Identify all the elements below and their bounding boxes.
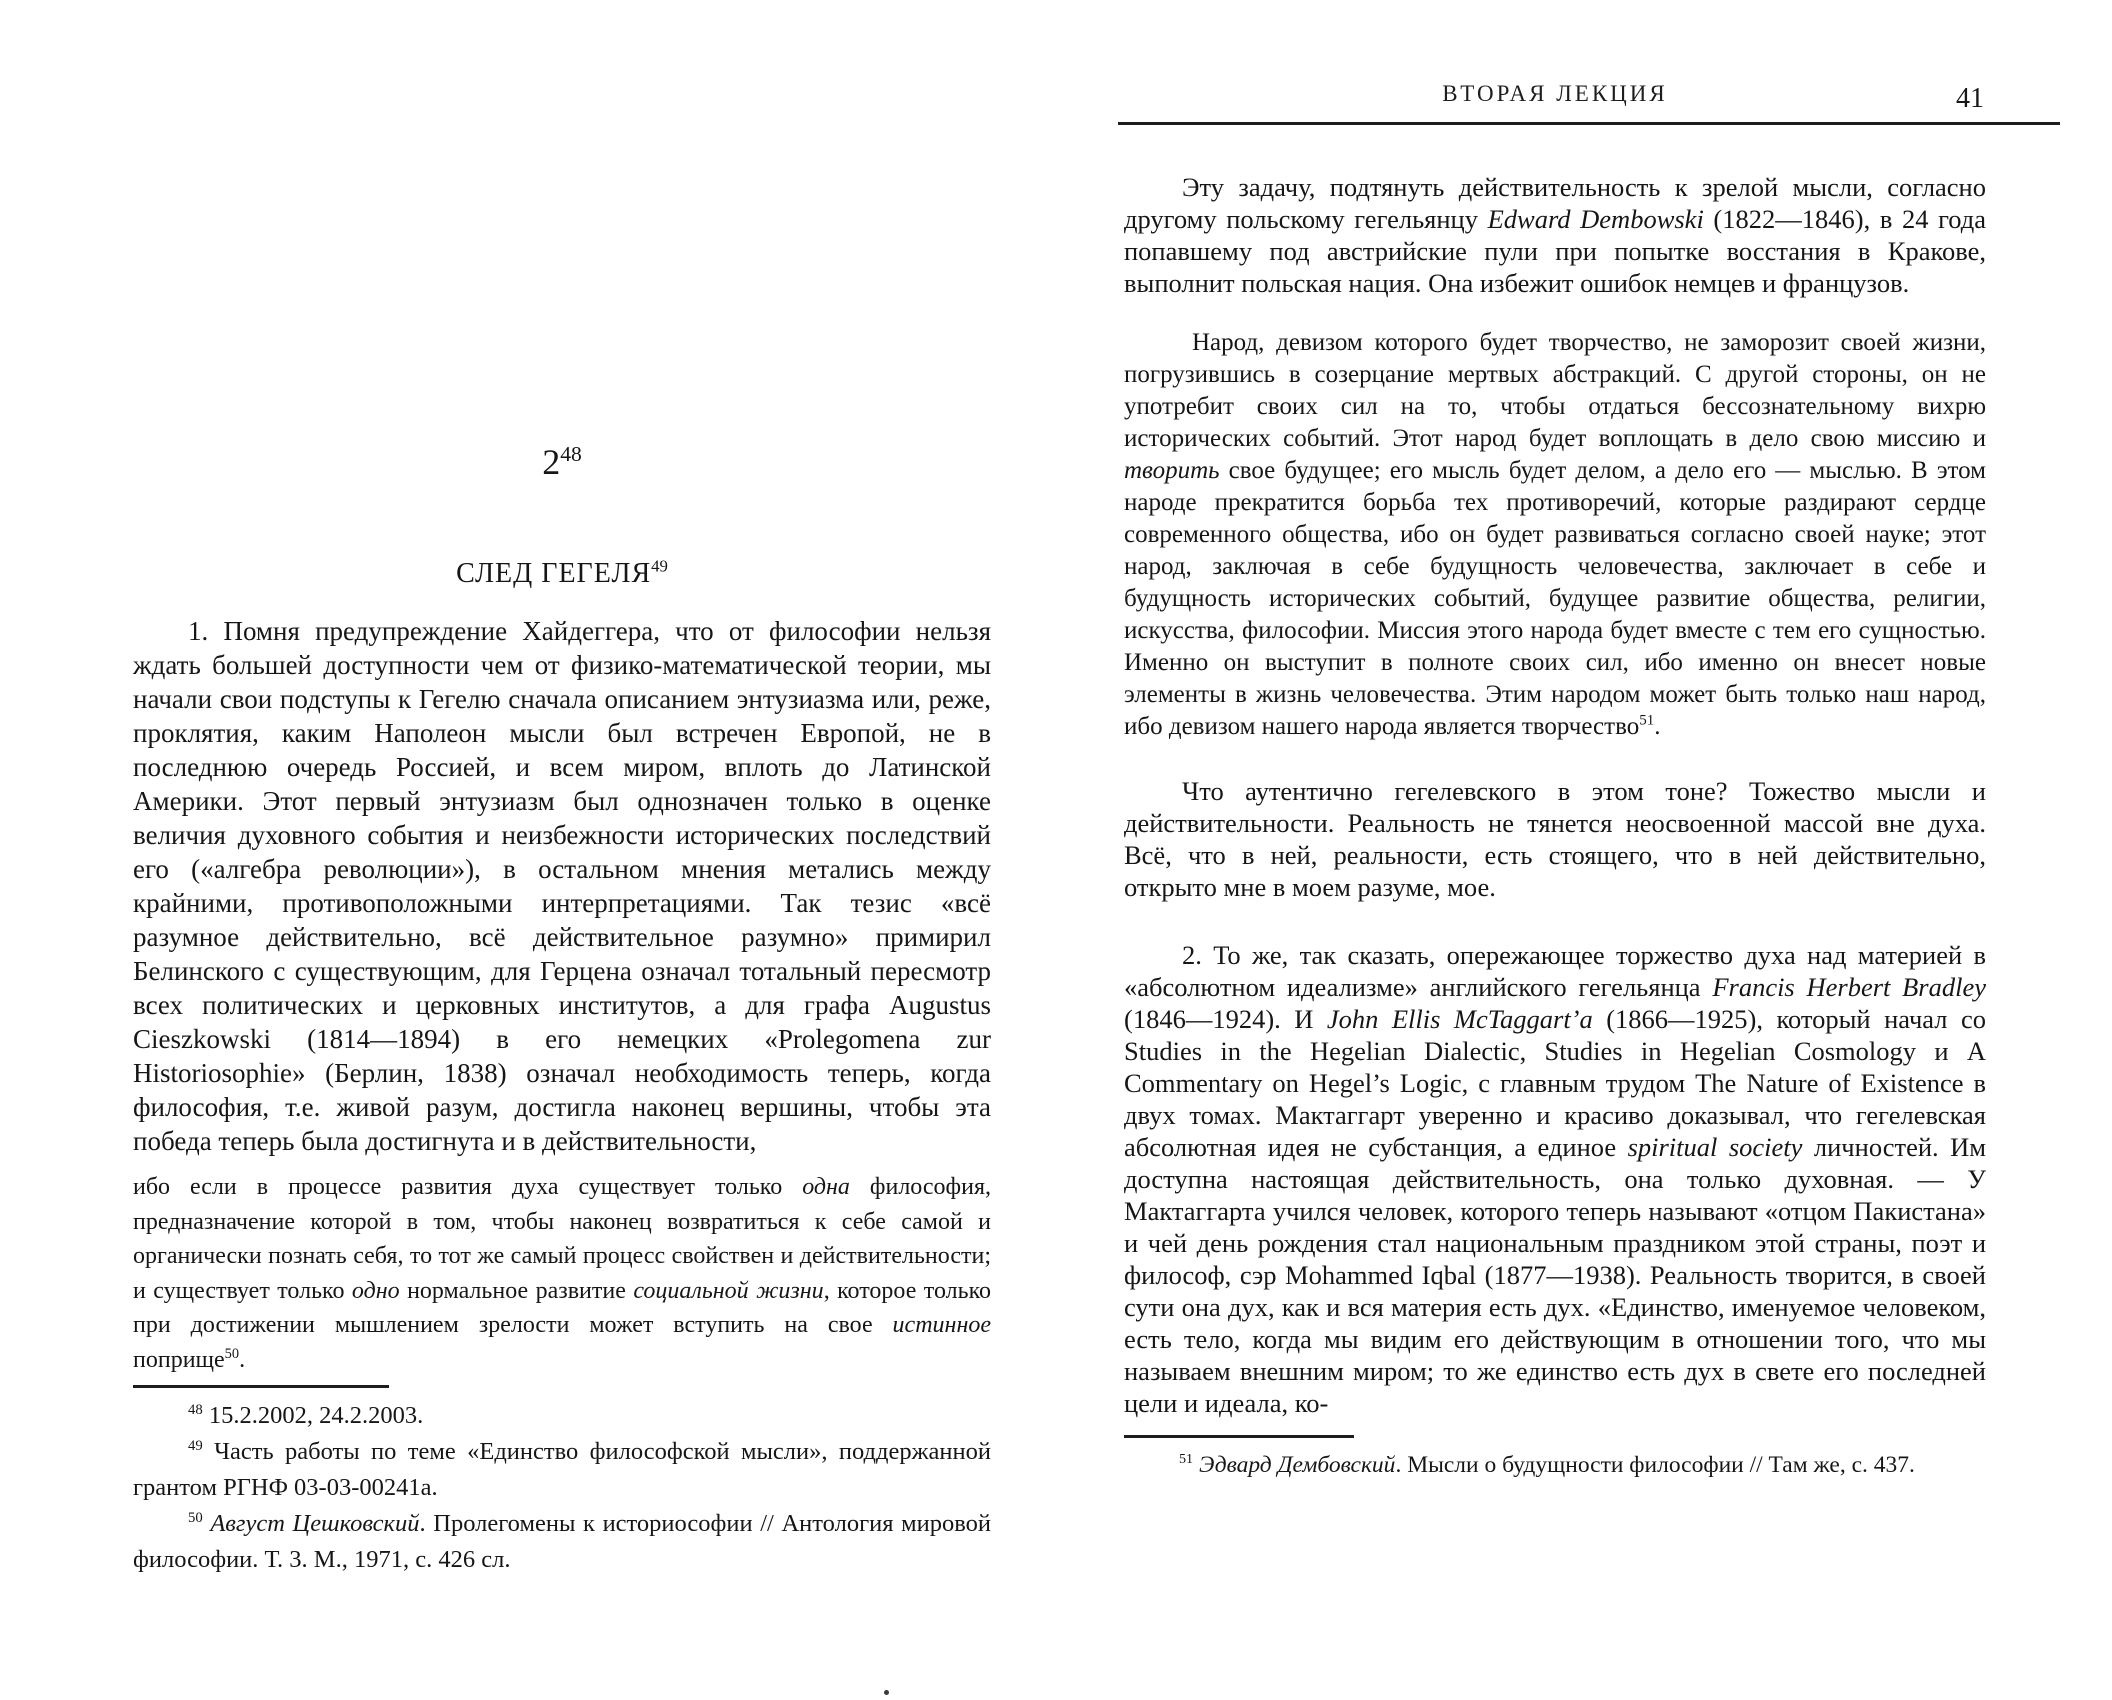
right-page-body: Эту задачу, подтянуть действительность к… bbox=[1124, 171, 1986, 1419]
left-paragraph-1: 1. Помня предупреждение Хайдеггера, что … bbox=[133, 614, 991, 1158]
footnotes-right: 51 Эдвард Дембовский. Мысли о будущности… bbox=[1124, 1448, 1986, 1482]
section-number: 248 bbox=[133, 440, 991, 484]
footnote-51: 51 Эдвард Дембовский. Мысли о будущности… bbox=[1124, 1448, 1986, 1482]
footnote-50: 50 Август Цешковский. Пролегомены к исто… bbox=[133, 1506, 991, 1578]
right-quote-block: Народ, девизом которого будет творчество… bbox=[1124, 327, 1986, 743]
right-paragraph-3: 2. То же, так сказать, опережающее торже… bbox=[1124, 939, 1986, 1419]
right-paragraph-1: Эту задачу, подтянуть действительность к… bbox=[1124, 171, 1986, 299]
book-spread-scan: 248 СЛЕД ГЕГЕЛЯ49 1. Помня предупреждени… bbox=[0, 0, 2112, 1700]
page-header: ВТОРАЯ ЛЕКЦИЯ 41 bbox=[1124, 0, 1986, 125]
footnote-separator-right bbox=[1124, 1435, 1354, 1438]
page-number: 41 bbox=[1956, 84, 1984, 114]
header-rule bbox=[1118, 122, 2060, 125]
running-head: ВТОРАЯ ЛЕКЦИЯ bbox=[1124, 80, 1986, 108]
scan-artifact-dot bbox=[884, 1690, 889, 1695]
footnote-separator-left bbox=[133, 1385, 389, 1388]
right-paragraph-2: Что аутентично гегелевского в этом тоне?… bbox=[1124, 775, 1986, 903]
footnote-48: 48 15.2.2002, 24.2.2003. bbox=[133, 1398, 991, 1434]
left-page: 248 СЛЕД ГЕГЕЛЯ49 1. Помня предупреждени… bbox=[133, 0, 991, 1578]
right-page: ВТОРАЯ ЛЕКЦИЯ 41 Эту задачу, подтянуть д… bbox=[1124, 0, 1986, 1482]
left-quote-block: ибо если в процессе развития духа сущест… bbox=[133, 1170, 991, 1377]
footnotes-left: 48 15.2.2002, 24.2.2003. 49 Часть работы… bbox=[133, 1398, 991, 1578]
chapter-title: СЛЕД ГЕГЕЛЯ49 bbox=[133, 556, 991, 592]
footnote-49: 49 Часть работы по теме «Единство филосо… bbox=[133, 1434, 991, 1506]
